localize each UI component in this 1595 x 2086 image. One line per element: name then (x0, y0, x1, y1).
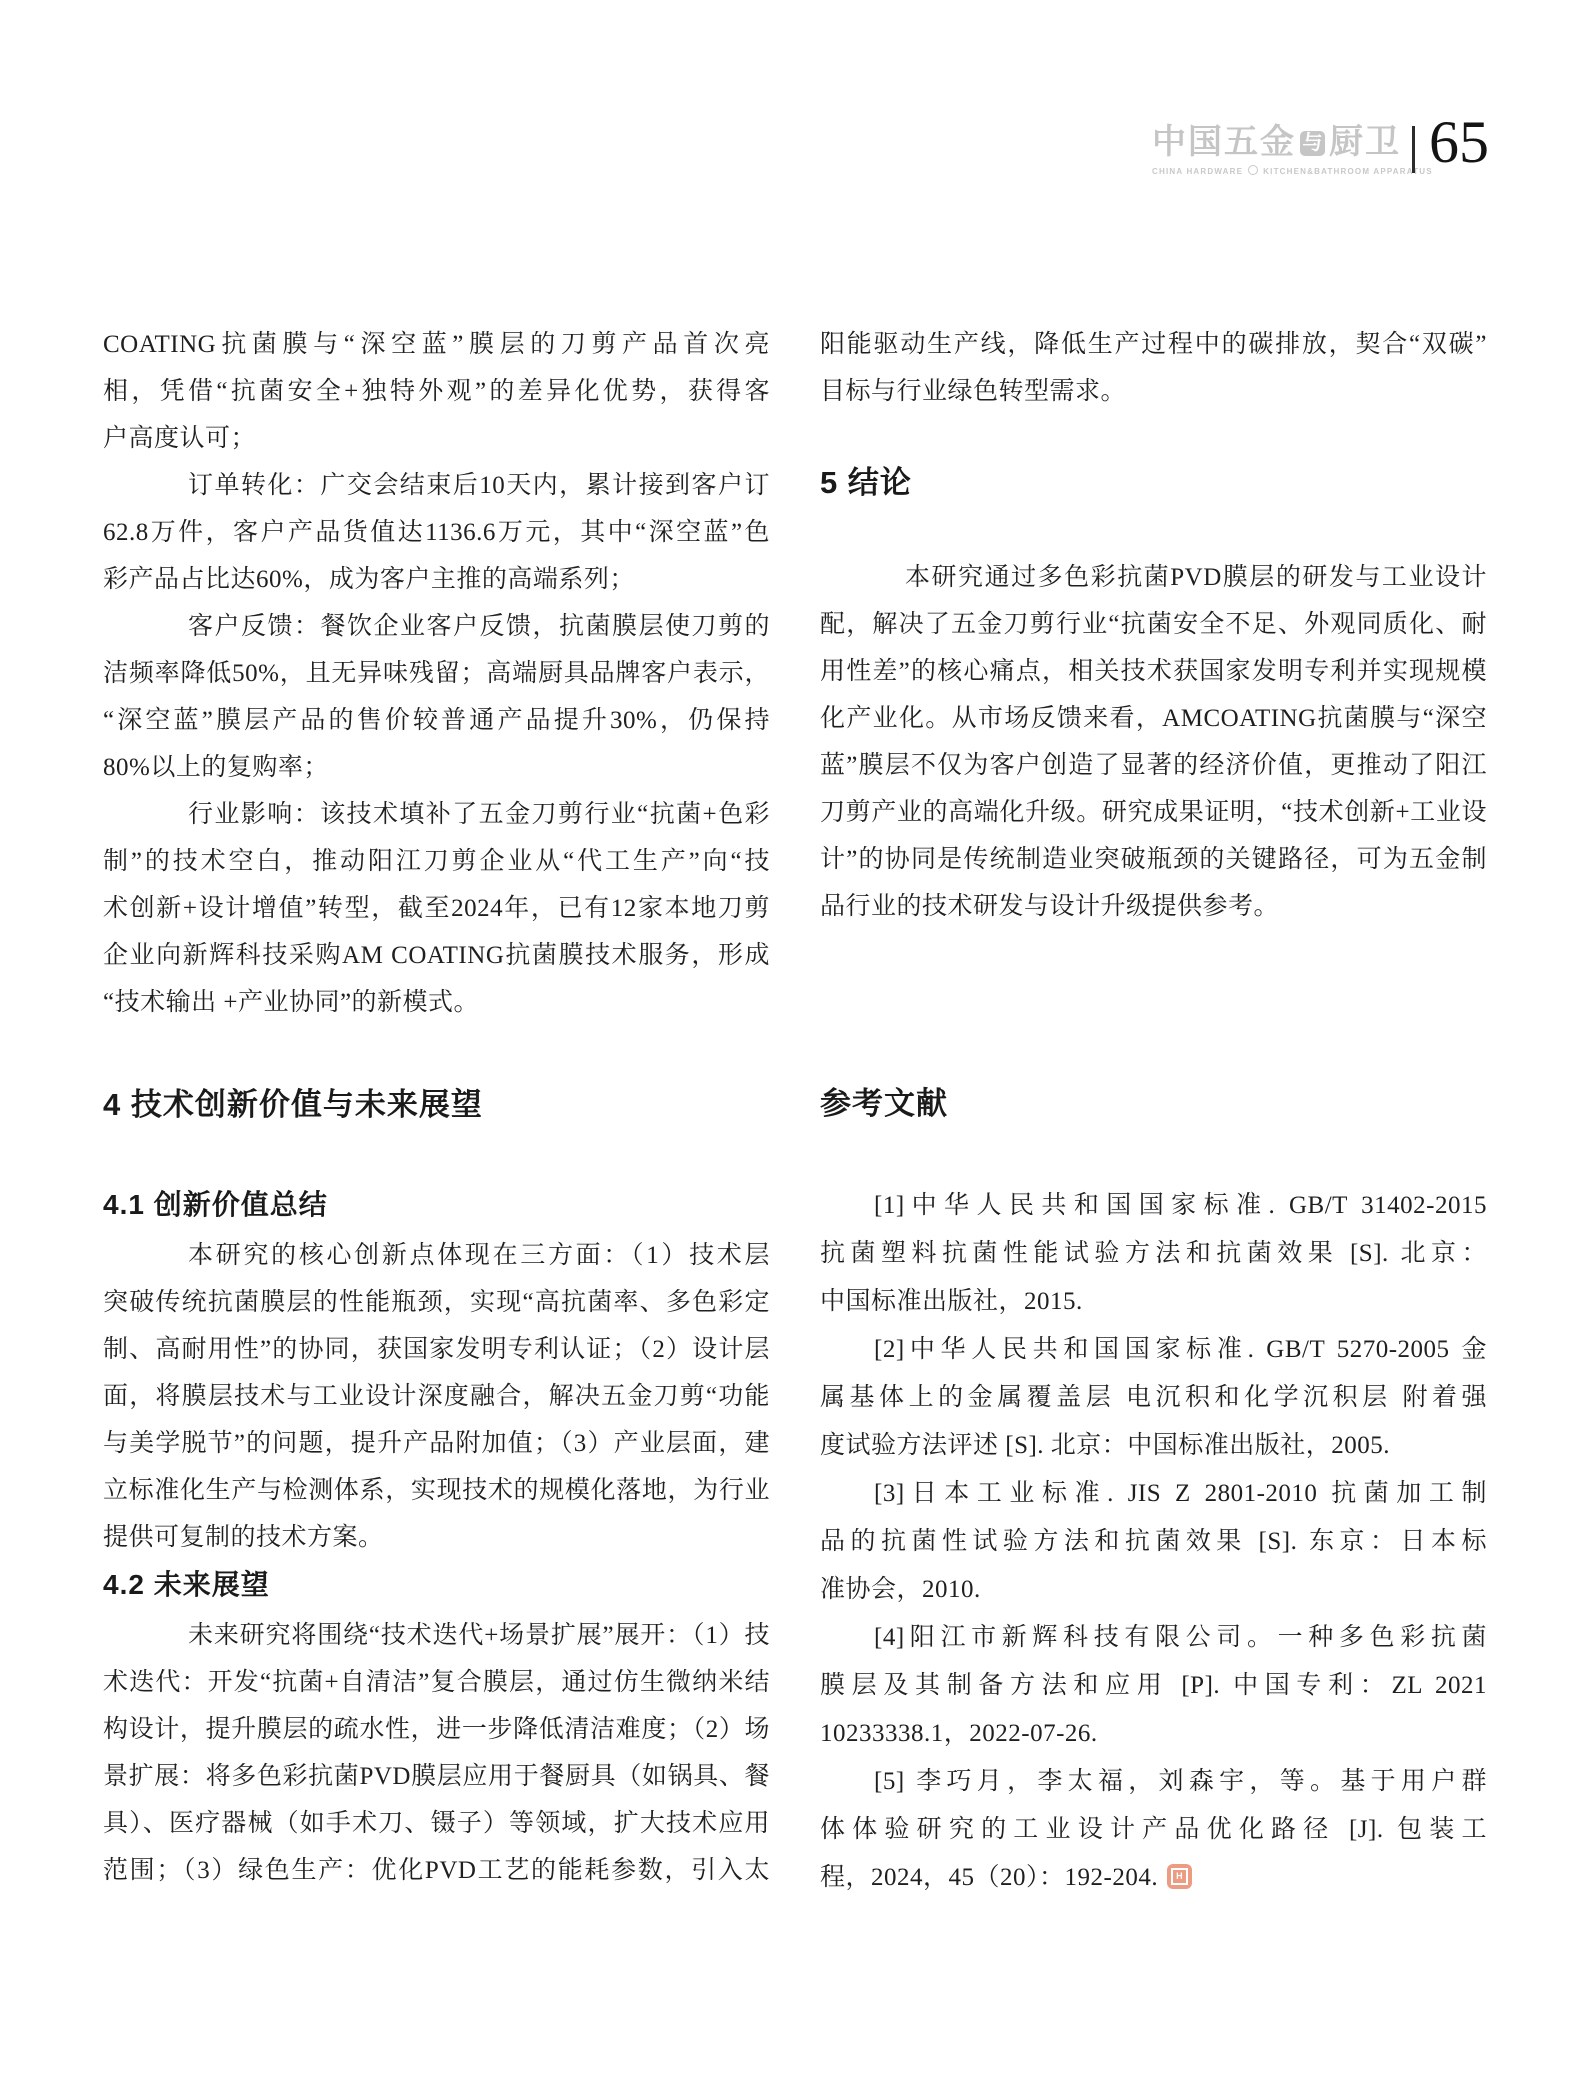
text-line: “技术输出 +产业协同”的新模式。 (103, 979, 770, 1026)
para-green-continued: 阳能驱动生产线，降低生产过程中的碳排放，契合“双碳”目标与行业绿色转型需求。 (820, 321, 1487, 415)
text-line: 具）、医疗器械（如手术刀、镊子）等领域，扩大技术应用 (103, 1800, 770, 1847)
logo-en-right: KITCHEN&BATHROOM APPARATUS (1263, 167, 1433, 176)
page-number: 65 (1429, 112, 1489, 172)
text-line: 目标与行业绿色转型需求。 (820, 368, 1487, 415)
text-line: 本研究的核心创新点体现在三方面：（1）技术层面， (103, 1232, 770, 1279)
text-line: 企业向新辉科技采购AM COATING抗菌膜技术服务，形成 (103, 932, 770, 979)
text-line: 彩产品占比达60%，成为客户主推的高端系列； (103, 556, 770, 603)
text-line: 景扩展：将多色彩抗菌PVD膜层应用于餐厨具（如锅具、餐 (103, 1753, 770, 1800)
sec42-heading: 4.2 未来展望 (103, 1561, 770, 1609)
logo-en-left: CHINA HARDWARE (1152, 167, 1243, 176)
text-line: 程，2024，45（20）：192-204.H (820, 1854, 1487, 1902)
text-line: 属基体上的金属覆盖层 电沉积和化学沉积层 附着强 (820, 1374, 1487, 1422)
para-sec42: 未来研究将围绕“技术迭代+场景扩展”展开：（1）技术迭代：开发“抗菌+自清洁”复… (103, 1612, 770, 1894)
text-line: 面，将膜层技术与工业设计深度融合，解决五金刀剪“功能 (103, 1373, 770, 1420)
logo-cn-right: 厨卫 (1329, 123, 1401, 161)
end-mark-letter: H (1171, 1868, 1188, 1885)
text-line: 突破传统抗菌膜层的性能瓶颈，实现“高抗菌率、多色彩定 (103, 1279, 770, 1326)
text-line: 用性差”的核心痛点，相关技术获国家发明专利并实现规模 (820, 648, 1487, 695)
sec41-heading: 4.1 创新价值总结 (103, 1181, 770, 1229)
text-line: 术创新+设计增值”转型，截至2024年，已有12家本地刀剪 (103, 885, 770, 932)
text-line: [5] 李巧月，李太福，刘森宇，等。基于用户群 (820, 1758, 1487, 1806)
text-line: 10233338.1，2022-07-26. (820, 1710, 1487, 1758)
text-line: 范围；（3）绿色生产：优化PVD工艺的能耗参数，引入太 (103, 1847, 770, 1894)
para-market-results: COATING抗菌膜与“深空蓝”膜层的刀剪产品首次亮相，凭借“抗菌安全+独特外观… (103, 321, 770, 1026)
text-line: 品行业的技术研发与设计升级提供参考。 (820, 883, 1487, 930)
text-line: [2]中华人民共和国国家标准. GB/T 5270-2005 金 (820, 1326, 1487, 1374)
text-line: 术迭代：开发“抗菌+自清洁”复合膜层，通过仿生微纳米结 (103, 1659, 770, 1706)
text-line: 计”的协同是传统制造业突破瓶颈的关键路径，可为五金制 (820, 836, 1487, 883)
text-line: [1]中华人民共和国国家标准. GB/T 31402-2015 (820, 1182, 1487, 1230)
text-line: 相，凭借“抗菌安全+独特外观”的差异化优势，获得客 (103, 368, 770, 415)
left-column: COATING抗菌膜与“深空蓝”膜层的刀剪产品首次亮相，凭借“抗菌安全+独特外观… (103, 321, 770, 1894)
text-line: 构设计，提升膜层的疏水性，进一步降低清洁难度；（2）场 (103, 1706, 770, 1753)
text-line: 蓝”膜层不仅为客户创造了显著的经济价值，更推动了阳江 (820, 742, 1487, 789)
text-line: 客户反馈：餐饮企业客户反馈，抗菌膜层使刀剪的清 (103, 603, 770, 650)
text-line: 刀剪产业的高端化升级。研究成果证明，“技术创新+工业设 (820, 789, 1487, 836)
text-line: [3]日本工业标准. JIS Z 2801-2010 抗菌加工制 (820, 1470, 1487, 1518)
journal-logo: 中国五金与厨卫 CHINA HARDWAREKITCHEN&BATHROOM A… (1152, 124, 1433, 176)
text-line: COATING抗菌膜与“深空蓝”膜层的刀剪产品首次亮 (103, 321, 770, 368)
text-line: 本研究通过多色彩抗菌PVD膜层的研发与工业设计适 (820, 554, 1487, 601)
text-line: 提供可复制的技术方案。 (103, 1514, 770, 1561)
logo-cn-left: 中国五金 (1152, 123, 1296, 161)
text-line: 行业影响：该技术填补了五金刀剪行业“抗菌+色彩定 (103, 791, 770, 838)
text-line: 户高度认可； (103, 415, 770, 462)
text-line: 品的抗菌性试验方法和抗菌效果 [S]. 东京：日本标 (820, 1518, 1487, 1566)
text-line: 与美学脱节”的问题，提升产品附加值；（3）产业层面，建 (103, 1420, 770, 1467)
text-line: 准协会，2010. (820, 1566, 1487, 1614)
text-line: 抗菌塑料抗菌性能试验方法和抗菌效果 [S]. 北京： (820, 1230, 1487, 1278)
text-line: 62.8万件，客户产品货值达1136.6万元，其中“深空蓝”色 (103, 509, 770, 556)
para-sec41: 本研究的核心创新点体现在三方面：（1）技术层面，突破传统抗菌膜层的性能瓶颈，实现… (103, 1232, 770, 1561)
text-line: 未来研究将围绕“技术迭代+场景扩展”展开：（1）技 (103, 1612, 770, 1659)
journal-end-mark-icon: H (1167, 1864, 1192, 1889)
text-line: 订单转化：广交会结束后10天内，累计接到客户订单 (103, 462, 770, 509)
sec4-heading: 4 技术创新价值与未来展望 (103, 1081, 770, 1129)
logo-circle-icon (1248, 165, 1258, 175)
text-line: 制、高耐用性”的协同，获国家发明专利认证；（2）设计层 (103, 1326, 770, 1373)
para-conclusion: 本研究通过多色彩抗菌PVD膜层的研发与工业设计适配，解决了五金刀剪行业“抗菌安全… (820, 554, 1487, 930)
text-line: 体体验研究的工业设计产品优化路径 [J]. 包装工 (820, 1806, 1487, 1854)
text-line: 中国标准出版社，2015. (820, 1278, 1487, 1326)
text-line: [4]阳江市新辉科技有限公司。一种多色彩抗菌 (820, 1614, 1487, 1662)
logo-mid-badge-icon: 与 (1300, 131, 1325, 156)
text-line: 膜层及其制备方法和应用 [P]. 中国专利：ZL 2021 (820, 1662, 1487, 1710)
right-column: 阳能驱动生产线，降低生产过程中的碳排放，契合“双碳”目标与行业绿色转型需求。5 … (820, 321, 1487, 1902)
text-line: 80%以上的复购率； (103, 744, 770, 791)
text-line: 制”的技术空白，推动阳江刀剪企业从“代工生产”向“技 (103, 838, 770, 885)
text-line: 配，解决了五金刀剪行业“抗菌安全不足、外观同质化、耐 (820, 601, 1487, 648)
sec5-heading: 5 结论 (820, 459, 1487, 507)
para-references: [1]中华人民共和国国家标准. GB/T 31402-2015抗菌塑料抗菌性能试… (820, 1182, 1487, 1902)
text-line: “深空蓝”膜层产品的售价较普通产品提升30%，仍保持 (103, 697, 770, 744)
text-line: 洁频率降低50%，且无异味残留；高端厨具品牌客户表示， (103, 650, 770, 697)
text-line: 立标准化生产与检测体系，实现技术的规模化落地，为行业 (103, 1467, 770, 1514)
journal-logo-cn: 中国五金与厨卫 (1152, 124, 1433, 160)
journal-logo-en: CHINA HARDWAREKITCHEN&BATHROOM APPARATUS (1152, 165, 1433, 176)
page-number-divider (1412, 126, 1415, 173)
text-line: 化产业化。从市场反馈来看，AMCOATING抗菌膜与“深空 (820, 695, 1487, 742)
text-line: 阳能驱动生产线，降低生产过程中的碳排放，契合“双碳” (820, 321, 1487, 368)
refs-heading: 参考文献 (820, 1080, 1487, 1128)
text-line: 度试验方法评述 [S]. 北京：中国标准出版社，2005. (820, 1422, 1487, 1470)
